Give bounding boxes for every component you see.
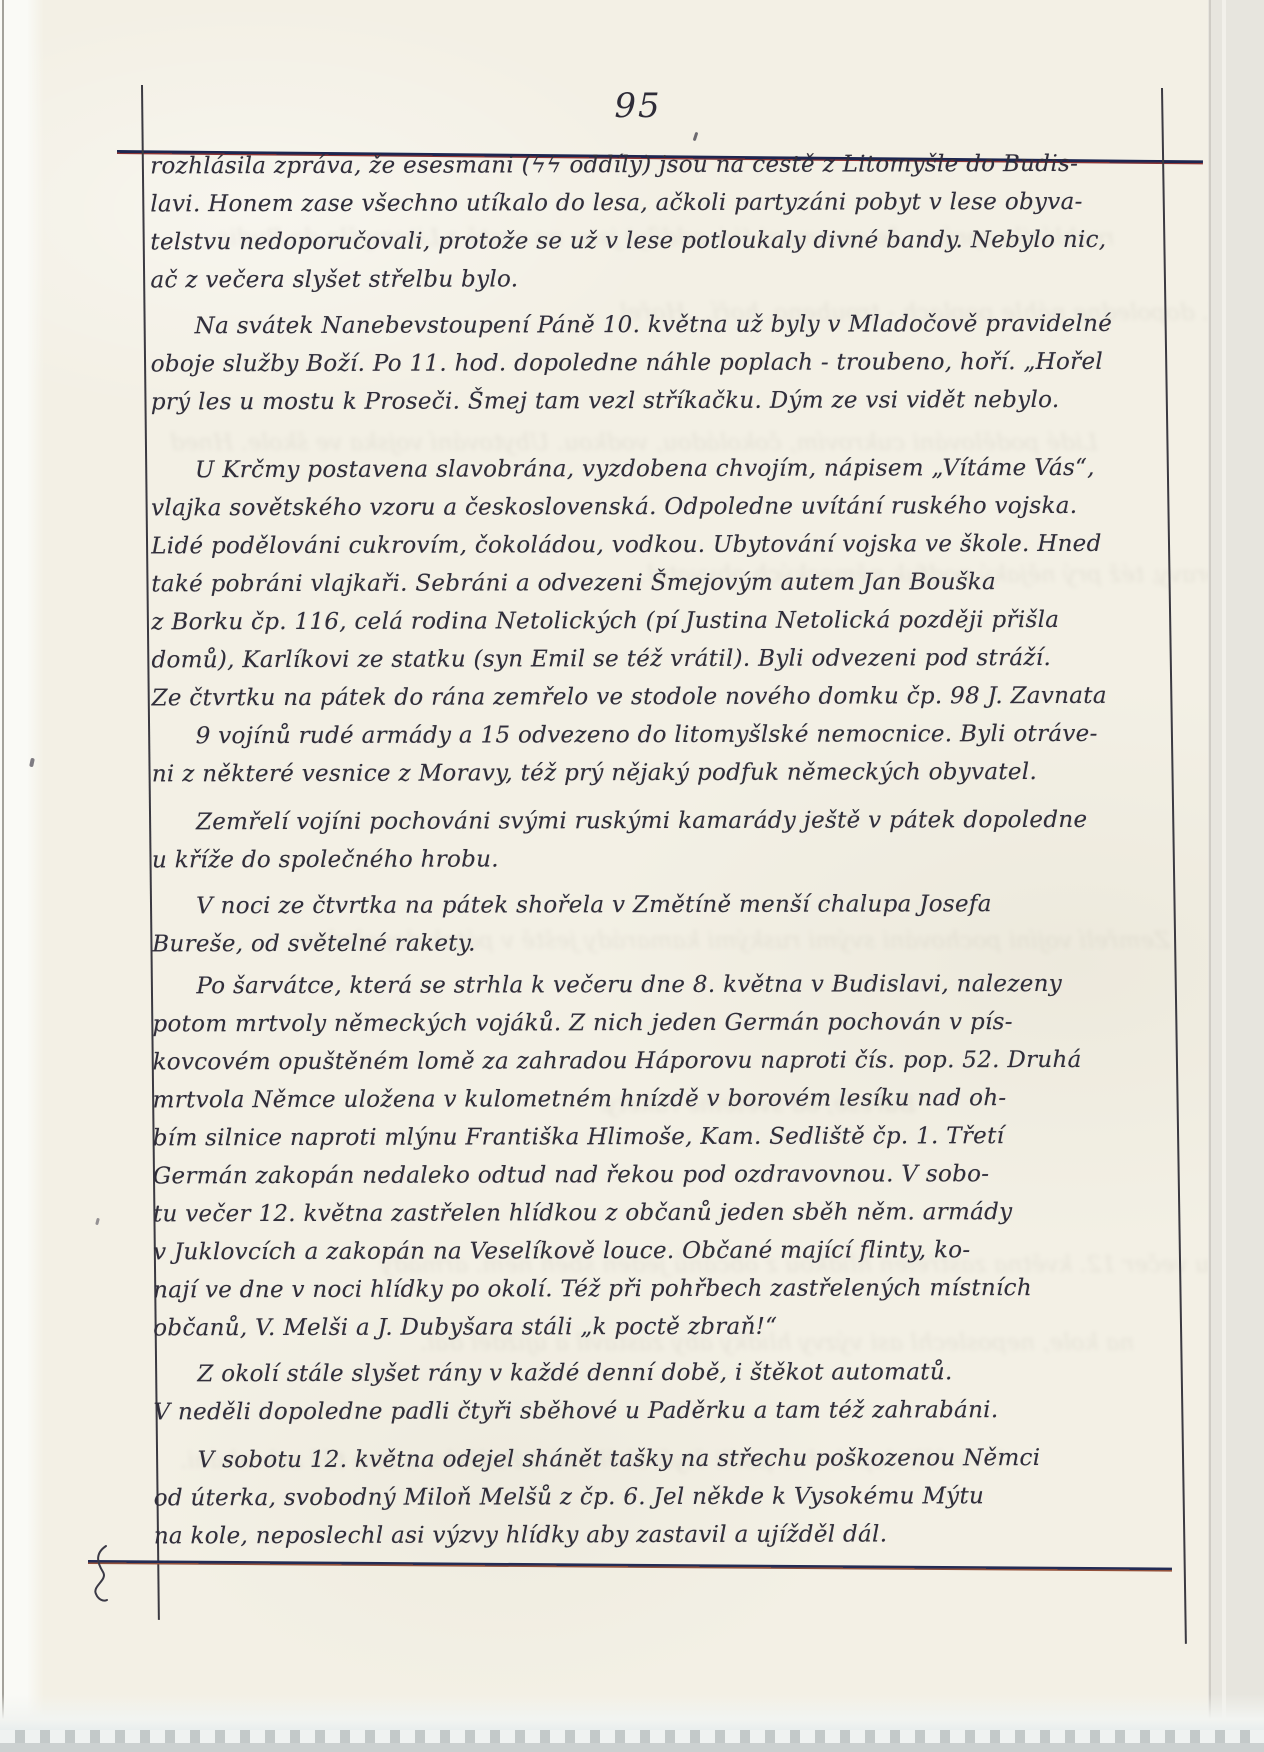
manuscript-line: na kole, neposlechl asi výzvy hlídky aby… <box>154 1515 1174 1556</box>
manuscript-line: Zemřelí vojíni pochováni svými ruskými k… <box>152 801 1172 842</box>
manuscript-line: Ze čtvrtku na pátek do rána zemřelo ve s… <box>152 677 1172 718</box>
manuscript-line: ač z večera slyšet střelbu bylo. <box>150 259 1170 300</box>
manuscript-line: domů), Karlíkovi ze statku (syn Emil se … <box>151 639 1171 680</box>
manuscript-line: Na svátek Nanebevstoupení Páně 10. květn… <box>151 305 1171 346</box>
paragraph: Na svátek Nanebevstoupení Páně 10. květn… <box>151 305 1171 422</box>
paragraph: Po šarvátce, která se strhla k večeru dn… <box>152 965 1173 1348</box>
scan-edge-right-line <box>1209 0 1211 1752</box>
manuscript-line: v Juklovcích a zakopán na Veselíkově lou… <box>153 1231 1173 1272</box>
manuscript-line: U Krčmy postavena slavobrána, vyzdobena … <box>151 449 1171 490</box>
manuscript-line: rozhlásila zpráva, že esesmani (ϟϟ oddíl… <box>150 145 1170 186</box>
paragraph: V noci ze čtvrtka na pátek shořela v Změ… <box>152 885 1172 964</box>
manuscript-line: V noci ze čtvrtka na pátek shořela v Změ… <box>152 885 1172 926</box>
scan-edge-bottom <box>0 1694 1264 1730</box>
manuscript-line: tu večer 12. května zastřelen hlídkou z … <box>153 1193 1173 1234</box>
manuscript-line: také pobráni vlajkaři. Sebráni a odvezen… <box>151 563 1171 604</box>
manuscript-line: ni z některé vesnice z Moravy, též prý n… <box>152 753 1172 794</box>
paragraph: V sobotu 12. května odejel shánět tašky … <box>154 1439 1174 1556</box>
manuscript-line: z Borku čp. 116, celá rodina Netolických… <box>151 601 1171 642</box>
scan-edge-right-highlight <box>1222 0 1226 1752</box>
scanned-chronicle-page: rozhlásila zpráva, že esesmani (ϟϟ oddíl… <box>0 0 1264 1752</box>
manuscript-text: rozhlásila zpráva, že esesmani (ϟϟ oddíl… <box>150 145 1174 1556</box>
manuscript-line: 9 vojínů rudé armády a 15 odvezeno do li… <box>152 715 1172 756</box>
paragraph: U Krčmy postavena slavobrána, vyzdobena … <box>151 449 1172 718</box>
manuscript-line: občanů, V. Melši a J. Dubyšara stáli „k … <box>153 1307 1173 1348</box>
scan-edge-left <box>0 0 28 1752</box>
paragraph: 9 vojínů rudé armády a 15 odvezeno do li… <box>152 715 1172 794</box>
manuscript-line: oboje služby Boží. Po 11. hod. dopoledne… <box>151 343 1171 384</box>
ink-speck <box>95 1218 100 1226</box>
manuscript-line: Germán zakopán nedaleko odtud nad řekou … <box>153 1155 1173 1196</box>
scan-edge-left-line <box>2 0 4 1752</box>
manuscript-line: Lidé podělováni cukrovím, čokoládou, vod… <box>151 525 1171 566</box>
manuscript-line: vlajka sovětského vzoru a československá… <box>151 487 1171 528</box>
paragraph: Z okolí stále slyšet rány v každé denní … <box>153 1353 1173 1432</box>
paragraph: rozhlásila zpráva, že esesmani (ϟϟ oddíl… <box>150 145 1170 300</box>
manuscript-line: kovcovém opuštěném lomě za zahradou Hápo… <box>153 1041 1173 1082</box>
ink-flourish <box>86 1544 120 1606</box>
manuscript-line: V sobotu 12. května odejel shánět tašky … <box>154 1439 1174 1480</box>
manuscript-line: Po šarvátce, která se strhla k večeru dn… <box>152 965 1172 1006</box>
manuscript-line: bím silnice naproti mlýnu Františka Hlim… <box>153 1117 1173 1158</box>
manuscript-line: mrtvola Němce uložena v kulometném hnízd… <box>153 1079 1173 1120</box>
manuscript-line: Z okolí stále slyšet rány v každé denní … <box>153 1353 1173 1394</box>
paragraph: Zemřelí vojíni pochováni svými ruskými k… <box>152 801 1172 880</box>
ink-stray-mark <box>693 132 699 141</box>
manuscript-line: prý les u mostu k Proseči. Šmej tam vezl… <box>151 381 1171 422</box>
manuscript-line: od úterka, svobodný Miloň Melšů z čp. 6.… <box>154 1477 1174 1518</box>
manuscript-line: u kříže do společného hrobu. <box>152 839 1172 880</box>
page-number: 95 <box>598 86 678 126</box>
manuscript-line: telstvu nedoporučovali, protože se už v … <box>150 221 1170 262</box>
bottom-rule <box>88 1560 1172 1572</box>
manuscript-line: lavi. Honem zase všechno utíkalo do lesa… <box>150 183 1170 224</box>
manuscript-line: nají ve dne v noci hlídky po okolí. Též … <box>153 1269 1173 1310</box>
scan-edge-bottom-strip <box>0 1743 1264 1752</box>
manuscript-line: potom mrtvoly německých vojáků. Z nich j… <box>152 1003 1172 1044</box>
scan-edge-bottom-perforation <box>0 1730 1264 1743</box>
manuscript-line: V neděli dopoledne padli čtyři sběhové u… <box>153 1391 1173 1432</box>
scan-edge-left-fade <box>28 0 44 1752</box>
scan-edge-right <box>1208 0 1264 1752</box>
manuscript-line: Bureše, od světelné rakety. <box>152 923 1172 964</box>
